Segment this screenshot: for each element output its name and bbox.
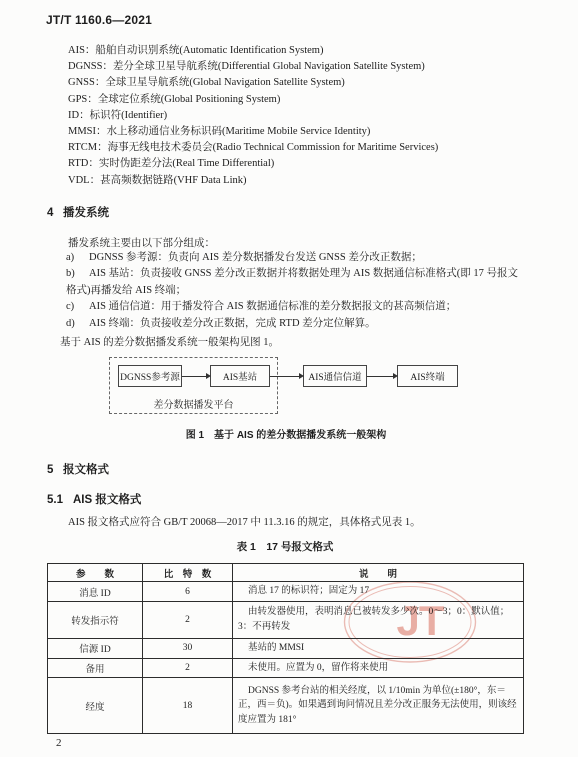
list-marker: a) [66,250,89,266]
message-17-format-table: 参 数 比 特 数 说 明 消息 ID 6 消息 17 的标识符；固定为 17 … [47,563,524,734]
list-item-c: c)AIS 通信信道：用于播发符合 AIS 数据通信标准的差分数据报文的甚高频信… [47,299,525,315]
cell-parameter: 信源 ID [48,639,143,659]
cell-description: 由转发器使用，表明消息已被转发多少次。0～3；0：默认值；3：不再转发 [233,602,524,639]
cell-parameter: 消息 ID [48,582,143,602]
cell-parameter: 经度 [48,678,143,734]
cell-parameter: 备用 [48,658,143,678]
abbreviation-item: RTCM：海事无线电技术委员会(Radio Technical Commissi… [68,140,528,156]
table-row: 转发指示符 2 由转发器使用，表明消息已被转发多少次。0～3；0：默认值；3：不… [48,602,524,639]
cell-parameter: 转发指示符 [48,602,143,639]
cell-bits: 6 [143,582,233,602]
section-title: AIS 报文格式 [73,494,141,506]
column-header-description: 说 明 [233,564,524,582]
list-text: AIS 通信信道：用于播发符合 AIS 数据通信标准的差分数据报文的甚高频信道； [89,301,456,312]
figure-1-diagram: DGNSS参考源 AIS基站 AIS通信信道 AIS终端 差分数据播发平台 图 … [47,352,525,444]
abbreviation-item: GNSS：全球卫星导航系统(Global Navigation Satellit… [68,75,528,91]
arrow-right-icon [270,376,299,377]
section-number: 5.1 [47,494,73,506]
document-number-header: JT/T 1160.6—2021 [46,13,152,27]
abbreviation-item: ID：标识符(Identifier) [68,108,528,124]
document-page: { "page": { "header": "JT/T 1160.6—2021"… [0,0,578,757]
cell-description: 消息 17 的标识符；固定为 17 [233,582,524,602]
abbreviation-item: DGNSS：差分全球卫星导航系统(Differential Global Nav… [68,59,528,75]
abbreviation-item: MMSI：水上移动通信业务标识码(Maritime Mobile Service… [68,124,528,140]
diagram-box-ais-channel: AIS通信信道 [303,365,367,387]
column-header-parameter: 参 数 [48,564,143,582]
cell-description: DGNSS 参考台站的相关经度，以 1/10min 为单位(±180°，东＝正，… [233,678,524,734]
table-header-row: 参 数 比 特 数 说 明 [48,564,524,582]
diagram-box-dgnss-source: DGNSS参考源 [118,365,182,387]
arrow-right-icon [182,376,206,377]
table-row: 经度 18 DGNSS 参考台站的相关经度，以 1/10min 为单位(±180… [48,678,524,734]
section-4-heading: 4播发系统 [47,204,109,220]
list-marker: b) [66,266,89,282]
list-item-b: b)AIS 基站：负责接收 GNSS 差分改正数据并将数据处理为 AIS 数据通… [47,266,525,299]
diagram-box-ais-base-station: AIS基站 [210,365,270,387]
abbreviation-item: AIS：船舶自动识别系统(Automatic Identification Sy… [68,43,528,59]
cell-bits: 30 [143,639,233,659]
list-item-a: a)DGNSS 参考源：负责向 AIS 差分数据播发台发送 GNSS 差分改正数… [47,250,525,266]
abbreviation-item: GPS：全球定位系统(Global Positioning System) [68,92,528,108]
table-row: 信源 ID 30 基站的 MMSI [48,639,524,659]
cell-bits: 2 [143,602,233,639]
list-text: AIS 基站：负责接收 GNSS 差分改正数据并将数据处理为 AIS 数据通信标… [66,268,518,295]
arrow-right-icon [367,376,393,377]
abbreviation-item: RTD：实时伪距差分法(Real Time Differential) [68,156,528,172]
section-title: 报文格式 [63,464,109,476]
list-marker: c) [66,299,89,315]
table-1-caption: 表 1 17 号报文格式 [47,539,523,554]
diagram-box-ais-terminal: AIS终端 [397,365,458,387]
cell-description: 未使用。应置为 0，留作将来使用 [233,658,524,678]
cell-description: 基站的 MMSI [233,639,524,659]
abbreviation-list: AIS：船舶自动识别系统(Automatic Identification Sy… [68,43,528,189]
section-title: 播发系统 [63,207,109,219]
section-number: 4 [47,207,63,219]
page-number: 2 [56,737,62,749]
section-5-heading: 5报文格式 [47,461,109,477]
cell-bits: 2 [143,658,233,678]
section-4-item-list: a)DGNSS 参考源：负责向 AIS 差分数据播发台发送 GNSS 差分改正数… [47,250,525,332]
column-header-bits: 比 特 数 [143,564,233,582]
section-4-closing: 基于 AIS 的差分数据播发系统一般架构见图 1。 [60,334,520,349]
platform-label: 差分数据播发平台 [109,396,278,411]
section-number: 5 [47,464,63,476]
section-5-1-heading: 5.1AIS 报文格式 [47,491,141,507]
section-5-1-paragraph: AIS 报文格式应符合 GB/T 20068—2017 中 11.3.16 的规… [68,515,523,531]
list-item-d: d)AIS 终端：负责接收差分改正数据，完成 RTD 差分定位解算。 [47,316,525,332]
list-text: DGNSS 参考源：负责向 AIS 差分数据播发台发送 GNSS 差分改正数据； [89,252,422,263]
abbreviation-item: VDL：甚高频数据链路(VHF Data Link) [68,173,528,189]
table-row: 消息 ID 6 消息 17 的标识符；固定为 17 [48,582,524,602]
cell-bits: 18 [143,678,233,734]
figure-1-caption: 图 1 基于 AIS 的差分数据播发系统一般架构 [47,426,525,441]
list-text: AIS 终端：负责接收差分改正数据，完成 RTD 差分定位解算。 [89,318,376,329]
list-marker: d) [66,316,89,332]
table-row: 备用 2 未使用。应置为 0，留作将来使用 [48,658,524,678]
